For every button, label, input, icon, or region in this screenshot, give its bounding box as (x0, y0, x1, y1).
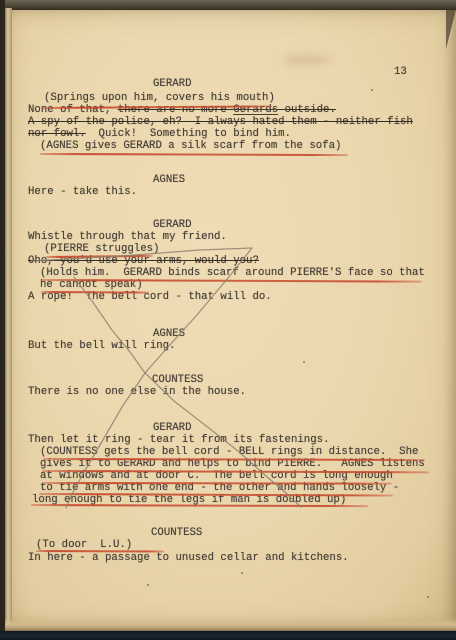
text-segment: GERARD (153, 422, 191, 434)
script-line: Oho, you'd use your arms, would you? (28, 256, 259, 267)
script-line: (AGNES gives GERARD a silk scarf from th… (40, 141, 341, 152)
red-underline-annotation (36, 550, 164, 552)
script-line: In here - a passage to unused cellar and… (28, 553, 349, 564)
character-heading: AGNES (153, 175, 185, 186)
script-line: nor fowl. Quick! Something to bind him. (28, 129, 291, 140)
paper-speck (147, 584, 149, 586)
character-heading: COUNTESS (151, 528, 202, 539)
paper-speck (241, 572, 243, 574)
script-line: (Springs upon him, covers his mouth) (44, 93, 275, 104)
text-segment: Then let it ring - tear it from its fast… (28, 434, 329, 446)
text-segment: GERARD (153, 219, 191, 231)
paper-speck (303, 361, 305, 363)
text-segment: (AGNES gives GERARD a silk scarf from th… (40, 140, 341, 152)
text-segment: (PIERRE struggles) (44, 243, 159, 255)
red-underline-annotation (41, 291, 149, 293)
text-segment: In here - a passage to unused cellar and… (28, 552, 349, 564)
text-segment: AGNES (153, 328, 185, 340)
text-segment: There is no one else in the house. (28, 386, 246, 398)
script-line: Whistle through that my friend. (28, 232, 227, 243)
script-line: gives it to GERARD and helps to bind PIE… (40, 459, 425, 470)
photo-border-bottom (0, 631, 456, 640)
text-segment: GERARD (153, 78, 191, 90)
character-heading: COUNTESS (152, 375, 203, 386)
text-segment: nor fowl. (28, 128, 86, 140)
red-underline-annotation (43, 482, 392, 484)
script-line: he cannot speak) (40, 280, 143, 291)
script-line: (Holds him. GERARD binds scarf around PI… (40, 268, 425, 279)
text-segment: A spy of the police, eh? I always hated … (28, 116, 413, 128)
script-line: A spy of the police, eh? I always hated … (28, 117, 413, 128)
paper-smudge (282, 54, 332, 66)
character-heading: GERARD (153, 79, 191, 90)
paper-speck (371, 89, 373, 91)
script-line: (COUNTESS gets the bell cord - BELL ring… (40, 447, 418, 458)
red-underline-annotation (43, 458, 425, 461)
character-heading: AGNES (153, 329, 185, 340)
script-line: Here - take this. (28, 187, 137, 198)
text-segment: (Holds him. GERARD binds scarf around PI… (40, 267, 425, 279)
script-line: A rope! The bell cord - that will do. (28, 292, 272, 303)
text-segment: Quick! Something to bind him. (86, 128, 291, 140)
text-segment: AGNES (153, 174, 185, 186)
paper-speck (427, 596, 429, 598)
text-segment: (Springs upon him, covers his mouth) (44, 92, 275, 104)
book-page-edges-bottom (5, 618, 456, 632)
paper-corner-shadow (446, 9, 456, 49)
text-segment: (COUNTESS gets the bell cord - BELL ring… (40, 446, 418, 458)
text-segment: Whistle through that my friend. (28, 231, 227, 243)
script-line: But the bell will ring. (28, 341, 176, 352)
text-segment: Here - take this. (28, 186, 137, 198)
script-line: There is no one else in the house. (28, 387, 246, 398)
text-segment: COUNTESS (152, 374, 203, 386)
photographed-script-page: 13 GERARD(Springs upon him, covers his m… (0, 0, 456, 640)
text-segment: outside. (278, 104, 336, 116)
photo-border-top (0, 0, 456, 10)
script-line: (PIERRE struggles) (44, 244, 159, 255)
text-segment: COUNTESS (151, 527, 202, 539)
script-line: Then let it ring - tear it from its fast… (28, 435, 329, 446)
text-segment: But the bell will ring. (28, 340, 176, 352)
book-page-edges-left (5, 8, 12, 633)
page-number: 13 (394, 66, 407, 78)
character-heading: GERARD (153, 423, 191, 434)
character-heading: GERARD (153, 220, 191, 231)
